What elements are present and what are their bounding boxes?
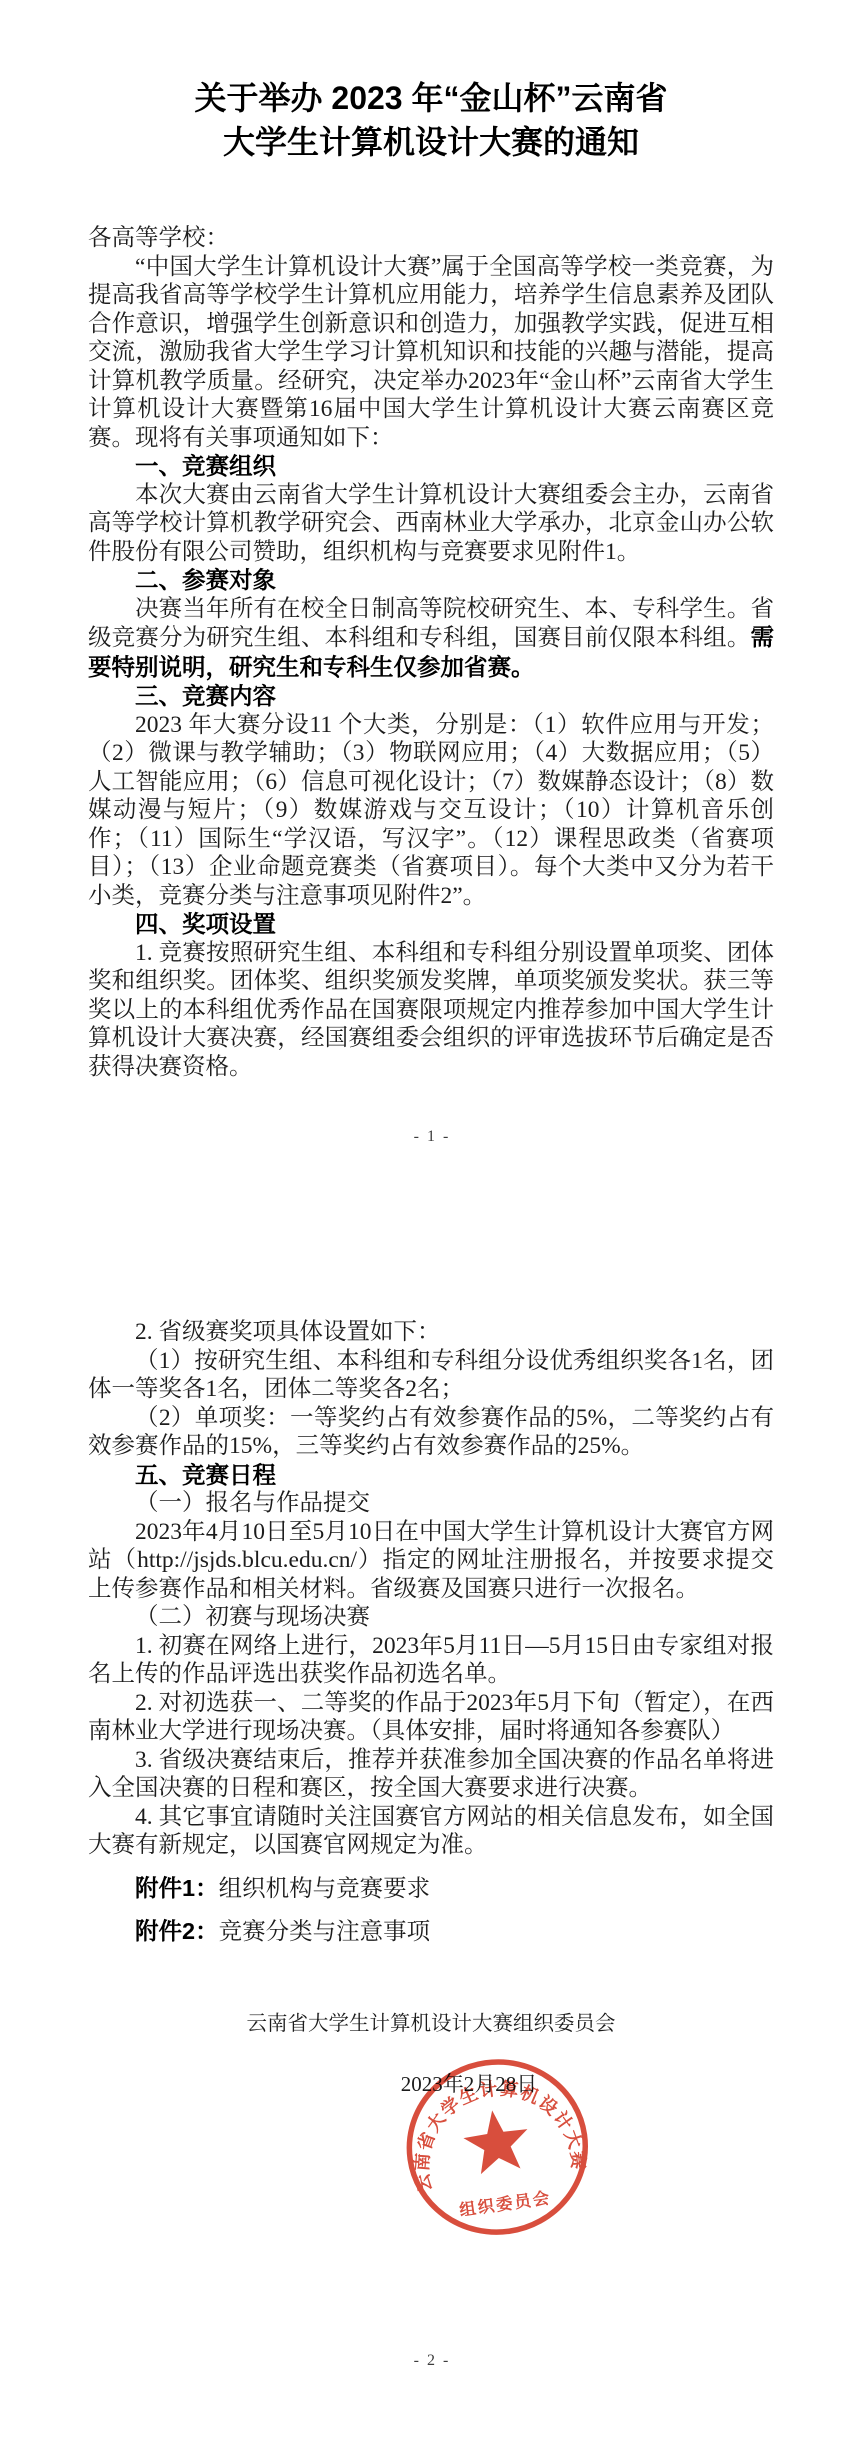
page-2: 2. 省级赛奖项具体设置如下： （1）按研究生组、本科组和专科组分设优秀组织奖各… — [0, 1190, 864, 2443]
page-1: 关于举办 2023 年“金山杯”云南省 大学生计算机设计大赛的通知 各高等学校：… — [0, 0, 864, 1190]
section-2-paragraph: 决赛当年所有在校全日制高等院校研究生、本、专科学生。省级竞赛分为研究生组、本科组… — [88, 595, 774, 683]
section-1-heading: 一、竞赛组织 — [88, 452, 774, 481]
award-item-1: （1）按研究生组、本科组和专科组分设优秀组织奖各1名，团体一等奖各1名，团体二等… — [88, 1347, 774, 1404]
section-3-heading: 三、竞赛内容 — [88, 682, 774, 711]
notice-title-line-2: 大学生计算机设计大赛的通知 — [88, 120, 774, 164]
signature-committee: 云南省大学生计算机设计大赛组织委员会 — [88, 2009, 774, 2039]
attachment-1-text: 组织机构与竞赛要求 — [219, 1876, 431, 1902]
attachment-2: 附件2：竞赛分类与注意事项 — [88, 1917, 774, 1947]
schedule-item-1: 1. 初赛在网络上进行，2023年5月11日—5月15日由专家组对报名上传的作品… — [88, 1632, 774, 1689]
notice-title-line-1: 关于举办 2023 年“金山杯”云南省 — [88, 76, 774, 120]
registration-paragraph: 2023年4月10日至5月10日在中国大学生计算机设计大赛官方网站（http:/… — [88, 1518, 774, 1604]
section-4-paragraph: 1. 竞赛按照研究生组、本科组和专科组分别设置单项奖、团体奖和组织奖。团体奖、组… — [88, 939, 774, 1082]
subsection-2-heading: （二）初赛与现场决赛 — [88, 1603, 774, 1632]
notice-document: 关于举办 2023 年“金山杯”云南省 大学生计算机设计大赛的通知 各高等学校：… — [0, 0, 864, 2443]
section-2-text: 决赛当年所有在校全日制高等院校研究生、本、专科学生。省级竞赛分为研究生组、本科组… — [88, 596, 774, 652]
section-5-heading: 五、竞赛日程 — [88, 1461, 774, 1490]
page-2-body: 2. 省级赛奖项具体设置如下： （1）按研究生组、本科组和专科组分设优秀组织奖各… — [88, 1318, 774, 2099]
intro-paragraph: “中国大学生计算机设计大赛”属于全国高等学校一类竞赛，为提高我省高等学校学生计算… — [88, 253, 774, 453]
award-detail-intro: 2. 省级赛奖项具体设置如下： — [88, 1318, 774, 1347]
section-4-heading: 四、奖项设置 — [88, 910, 774, 939]
attachment-1: 附件1：组织机构与竞赛要求 — [88, 1874, 774, 1904]
attachment-2-label: 附件2： — [135, 1918, 219, 1944]
notice-title: 关于举办 2023 年“金山杯”云南省 大学生计算机设计大赛的通知 — [88, 76, 774, 164]
seal-star-icon — [460, 2106, 533, 2176]
page-1-body: 各高等学校： “中国大学生计算机设计大赛”属于全国高等学校一类竞赛，为提高我省高… — [88, 224, 774, 1081]
attachment-1-label: 附件1： — [135, 1875, 219, 1901]
schedule-item-2: 2. 对初选获一、二等奖的作品于2023年5月下旬（暂定），在西南林业大学进行现… — [88, 1689, 774, 1746]
page-1-number: - 1 - — [0, 1128, 864, 1146]
section-1-paragraph: 本次大赛由云南省大学生计算机设计大赛组委会主办，云南省高等学校计算机教学研究会、… — [88, 481, 774, 567]
section-2-heading: 二、参赛对象 — [88, 566, 774, 595]
seal-bottom-text: 组织委员会 — [458, 2187, 552, 2220]
subsection-1-heading: （一）报名与作品提交 — [88, 1489, 774, 1518]
official-seal: 云南省大学生计算机设计大赛 组织委员会 — [385, 2039, 611, 2265]
official-website-url: http://jsjds.blcu.edu.cn/ — [137, 1547, 357, 1573]
award-item-2: （2）单项奖：一等奖约占有效参赛作品的5%，二等奖约占有效参赛作品的15%，三等… — [88, 1404, 774, 1461]
schedule-item-3: 3. 省级决赛结束后，推荐并获准参加全国决赛的作品名单将进入全国决赛的日程和赛区… — [88, 1746, 774, 1803]
schedule-item-4: 4. 其它事宜请随时关注国赛官方网站的相关信息发布，如全国大赛有新规定，以国赛官… — [88, 1803, 774, 1860]
salutation: 各高等学校： — [88, 224, 774, 253]
page-2-number: - 2 - — [0, 2352, 864, 2370]
section-3-paragraph: 2023 年大赛分设11 个大类，分别是：（1）软件应用与开发；（2）微课与教学… — [88, 711, 774, 911]
attachment-2-text: 竞赛分类与注意事项 — [219, 1919, 431, 1945]
